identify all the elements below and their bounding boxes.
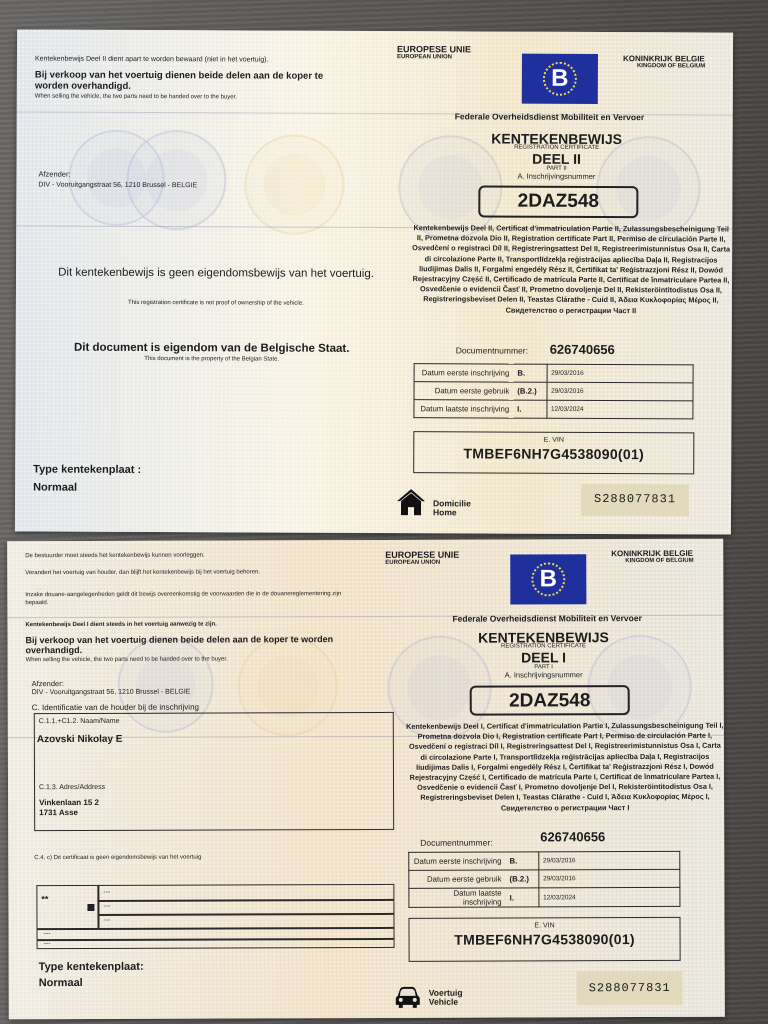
grid-cell: --- (44, 930, 51, 937)
sender-label: Afzender: (32, 679, 64, 688)
address-line2: 1731 Asse (39, 808, 78, 817)
address-label: C.1.3. Adres/Address (39, 784, 105, 791)
flag-letter: B (551, 65, 568, 93)
notice-separate: Kentekenbewijs Deel II dient apart te wo… (35, 56, 268, 64)
eu-label-en: EUROPEAN UNION (385, 560, 440, 566)
date-row: Datum eerste inschrijvingB.29/03/2016 (414, 364, 693, 383)
date-row: Datum laatste inschrijvingI.12/03/2024 (414, 400, 693, 419)
property-notice: Dit document is eigendom van de Belgisch… (32, 342, 392, 356)
authority: Federale Overheidsdienst Mobiliteit en V… (452, 613, 641, 624)
date-value: 29/03/2016 (547, 382, 694, 401)
dates-table: Datum eerste inschrijvingB.29/03/2016Dat… (408, 851, 680, 908)
notice-sale: Bij verkoop van het voertuig dienen beid… (25, 635, 335, 655)
date-row: Datum eerste inschrijvingB.29/03/2016 (409, 851, 680, 870)
document-number-label: Documentnummer: (456, 345, 528, 355)
wheel-watermark (244, 134, 344, 234)
vin-value: TMBEF6NH7G4538090(01) (410, 931, 680, 948)
additional-info-grid: ** --- --- --- --- --- (36, 884, 394, 949)
holder-box: C.1.1.+C1.2. Naam/Name Azovski Nikolay E… (34, 712, 394, 831)
date-value: 12/03/2024 (539, 887, 680, 906)
notice-in-vehicle: Kentekenbewijs Deel I dient steeds in he… (25, 622, 216, 629)
vin-label: E. VIN (410, 922, 680, 930)
holder-section-label: C. Identificatie van de houder bij de in… (32, 703, 199, 713)
eu-label: EUROPESE UNIE (385, 550, 459, 560)
address-line1: Vinkenlaan 15 2 (39, 798, 99, 807)
document-number: 626740656 (540, 829, 605, 844)
flag-letter: B (540, 565, 557, 593)
date-value: 29/03/2016 (547, 364, 694, 383)
kingdom-label-en: KINGDOM OF BELGIUM (637, 63, 705, 69)
date-row: Datum eerste gebruik(B.2.)29/03/2016 (409, 869, 680, 888)
grid-cell: --- (44, 940, 51, 947)
date-value: 29/03/2016 (539, 869, 680, 887)
date-code: (B.2.) (513, 382, 546, 400)
date-label: Datum eerste gebruik (409, 870, 506, 888)
name-label: C.1.1.+C1.2. Naam/Name (39, 718, 120, 725)
eu-label-en: EUROPEAN UNION (397, 54, 452, 60)
home-label: DomicilieHome (433, 499, 471, 517)
date-label: Datum eerste gebruik (414, 382, 513, 400)
notice-customs: Inzake douane-aangelegenheden geldt dit … (25, 590, 355, 607)
eu-belgium-flag-icon: B (510, 554, 586, 604)
date-code: B. (505, 852, 538, 870)
home-icon (396, 488, 426, 516)
grid-cell: --- (103, 917, 110, 924)
reg-number-box: 2DAZ548 (470, 685, 630, 716)
grid-cell: --- (103, 889, 110, 896)
reg-number-label: A. Inschrijvingsnummer (444, 670, 644, 680)
c4-notice: C.4. c) Dit certificaat is geen eigendom… (34, 855, 201, 862)
reg-number-box: 2DAZ548 (478, 185, 638, 218)
document-number: 626740656 (550, 342, 615, 357)
ownership-notice-en: This registration certificate is not pro… (56, 300, 376, 307)
notice-holder: Verandert het voertuig van houder, dan b… (25, 568, 335, 577)
dates-table: Datum eerste inschrijvingB.29/03/2016Dat… (413, 363, 693, 419)
date-label: Datum laatste inschrijving (414, 400, 513, 418)
vin-box: E. VIN TMBEF6NH7G4538090(01) (413, 431, 694, 474)
date-row: Datum laatste inschrijvingI.12/03/2024 (409, 887, 680, 907)
authority: Federale Overheidsdienst Mobiliteit en V… (455, 111, 644, 122)
multilang-title-list: Kentekenbewijs Deel II, Certificat d'imm… (412, 223, 730, 316)
reg-number-label: A. Inschrijvingsnummer (456, 171, 656, 181)
date-code: I. (513, 400, 546, 418)
registration-certificate-part-2: Kentekenbewijs Deel II dient apart te wo… (15, 29, 733, 534)
serial-number: S288077831 (581, 484, 689, 516)
plate-type-value: Normaal (33, 482, 77, 494)
date-label: Datum eerste inschrijving (414, 364, 513, 382)
date-value: 29/03/2016 (538, 851, 679, 869)
kingdom-label-en: KINGDOM OF BELGIUM (625, 558, 693, 564)
date-row: Datum eerste gebruik(B.2.)29/03/2016 (414, 382, 693, 401)
grid-cell: --- (103, 903, 110, 910)
wheel-watermark (126, 130, 226, 230)
vin-box: E. VIN TMBEF6NH7G4538090(01) (408, 917, 680, 962)
kingdom-label: KONINKRIJK BELGIE (623, 54, 705, 63)
eu-belgium-flag-icon: B (522, 54, 598, 104)
car-icon (395, 986, 421, 1010)
vin-value: TMBEF6NH7G4538090(01) (414, 445, 693, 462)
notice-sale-en: When selling the vehicle, the two parts … (26, 656, 228, 663)
notice-sale: Bij verkoop van het voertuig dienen beid… (35, 70, 355, 93)
eu-label: EUROPESE UNIE (397, 44, 471, 54)
date-code: (B.2.) (505, 870, 538, 888)
plate-type-value: Normaal (39, 977, 83, 989)
grid-marker: ** (41, 894, 48, 904)
plate-type-label: Type kentekenplaat: (39, 961, 144, 973)
sender-address: DIV - Vooruitgangstraat 56, 1210 Brussel… (32, 689, 191, 697)
holder-name: Azovski Nikolay E (37, 734, 123, 745)
vehicle-label: VoertuigVehicle (429, 989, 463, 1007)
date-code: B. (513, 364, 546, 382)
date-value: 12/03/2024 (546, 400, 693, 419)
date-code: I. (506, 888, 539, 907)
registration-certificate-part-1: De bestuurder moet steeds het kentekenbe… (7, 539, 725, 1019)
notice-driver: De bestuurder moet steeds het kentekenbe… (25, 553, 204, 560)
ownership-notice: Dit kentekenbewijs is geen eigendomsbewi… (56, 266, 376, 281)
sender-address: DIV - Vooruitgangstraat 56, 1210 Brussel… (38, 182, 197, 190)
plate-type-label: Type kentekenplaat : (33, 464, 141, 476)
kingdom-label: KONINKRIJK BELGIE (611, 549, 693, 558)
vin-label: E. VIN (414, 436, 693, 444)
property-notice-en: This document is the property of the Bel… (32, 356, 392, 364)
notice-sale-en: When selling the vehicle, the two parts … (35, 94, 237, 101)
checkbox-icon (87, 904, 94, 911)
document-number-label: Documentnummer: (420, 838, 492, 848)
sender-label: Afzender: (38, 170, 70, 179)
date-label: Datum laatste inschrijving (409, 888, 506, 907)
serial-number: S288077831 (577, 971, 683, 1005)
multilang-title-list: Kentekenbewijs Deel I, Certificat d'imma… (406, 721, 724, 814)
date-label: Datum eerste inschrijving (409, 852, 506, 870)
